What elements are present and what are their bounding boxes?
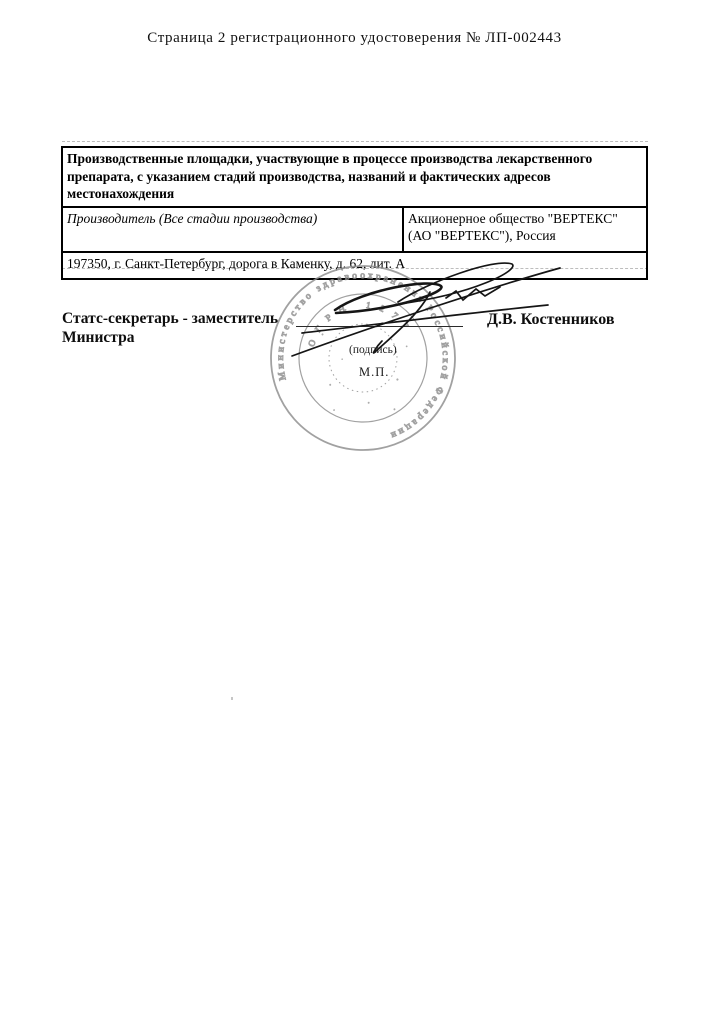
seal-place-caption: М.П. — [359, 365, 389, 380]
producer-value-line1: Акционерное общество "ВЕРТЕКС" — [408, 210, 641, 228]
page-header: Страница 2 регистрационного удостоверени… — [0, 30, 709, 47]
handwritten-signature — [278, 256, 578, 381]
document-page: Страница 2 регистрационного удостоверени… — [0, 0, 709, 1016]
producer-label-cell: Производитель (Все стадии производства) — [62, 207, 403, 252]
scan-ghost-line-top — [62, 141, 648, 142]
table-header-cell: Производственные площадки, участвующие в… — [62, 147, 647, 207]
producer-row: Производитель (Все стадии производства) … — [62, 207, 647, 252]
signature-caption: (подпись) — [349, 344, 397, 356]
producer-value-line2: (АО "ВЕРТЕКС"), Россия — [408, 227, 641, 245]
table-header-row: Производственные площадки, участвующие в… — [62, 147, 647, 207]
producer-value-cell: Акционерное общество "ВЕРТЕКС" (АО "ВЕРТ… — [403, 207, 647, 252]
scan-artifact-dot — [231, 697, 233, 700]
